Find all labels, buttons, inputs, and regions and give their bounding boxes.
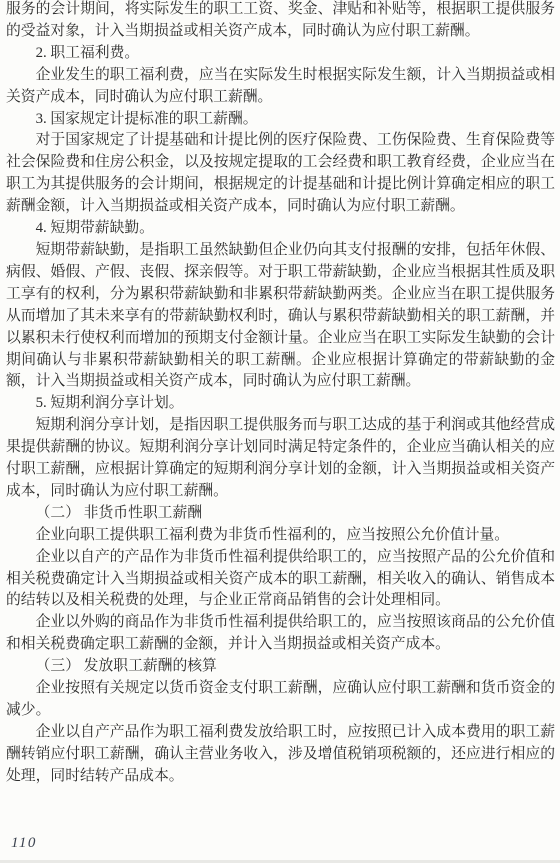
body-paragraph: 企业向职工提供职工福利费为非货币性福利的，应当按照公允价值计量。 — [6, 525, 555, 547]
body-paragraph: 短期利润分享计划，是指因职工提供服务而与职工达成的基于利润或其他经营成果提供薪酬… — [6, 415, 555, 503]
item-heading-5: 5. 短期利润分享计划。 — [6, 393, 555, 415]
body-paragraph: 企业以自产的产品作为非货币性福利提供给职工的，应当按照产品的公允价值和相关税费确… — [6, 547, 555, 613]
section-heading-2: （二） 非货币性职工薪酬 — [6, 503, 555, 525]
body-paragraph: 企业以自产产品作为职工福利费发放给职工时，应按照已计入成本费用的职工薪酬转销应付… — [6, 722, 555, 788]
item-heading-4: 4. 短期带薪缺勤。 — [6, 218, 555, 240]
item-heading-3: 3. 国家规定计提标准的职工薪酬。 — [6, 109, 555, 131]
book-page: 服务的会计期间，将实际发生的职工工资、奖金、津贴和补贴等，根据职工提供服务的受益… — [0, 0, 560, 863]
body-paragraph: 短期带薪缺勤，是指职工虽然缺勤但企业仍向其支付报酬的安排，包括年休假、病假、婚假… — [6, 240, 555, 393]
body-paragraph-continuation: 服务的会计期间，将实际发生的职工工资、奖金、津贴和补贴等，根据职工提供服务的受益… — [6, 0, 555, 43]
item-heading-2: 2. 职工福利费。 — [6, 43, 555, 65]
body-paragraph: 企业以外购的商品作为非货币性福利提供给职工的，应当按照该商品的公允价值和相关税费… — [6, 612, 555, 656]
page-number: 110 — [11, 835, 37, 852]
section-heading-3: （三） 发放职工薪酬的核算 — [6, 656, 555, 678]
body-paragraph: 对于国家规定了计提基础和计提比例的医疗保险费、工伤保险费、生育保险费等社会保险费… — [6, 130, 555, 218]
body-paragraph: 企业发生的职工福利费，应当在实际发生时根据实际发生额，计入当期损益或相关资产成本… — [6, 65, 555, 109]
body-paragraph: 企业按照有关规定以货币资金支付职工薪酬，应确认应付职工薪酬和货币资金的减少。 — [6, 678, 555, 722]
body-text-block: 服务的会计期间，将实际发生的职工工资、奖金、津贴和补贴等，根据职工提供服务的受益… — [6, 0, 555, 788]
